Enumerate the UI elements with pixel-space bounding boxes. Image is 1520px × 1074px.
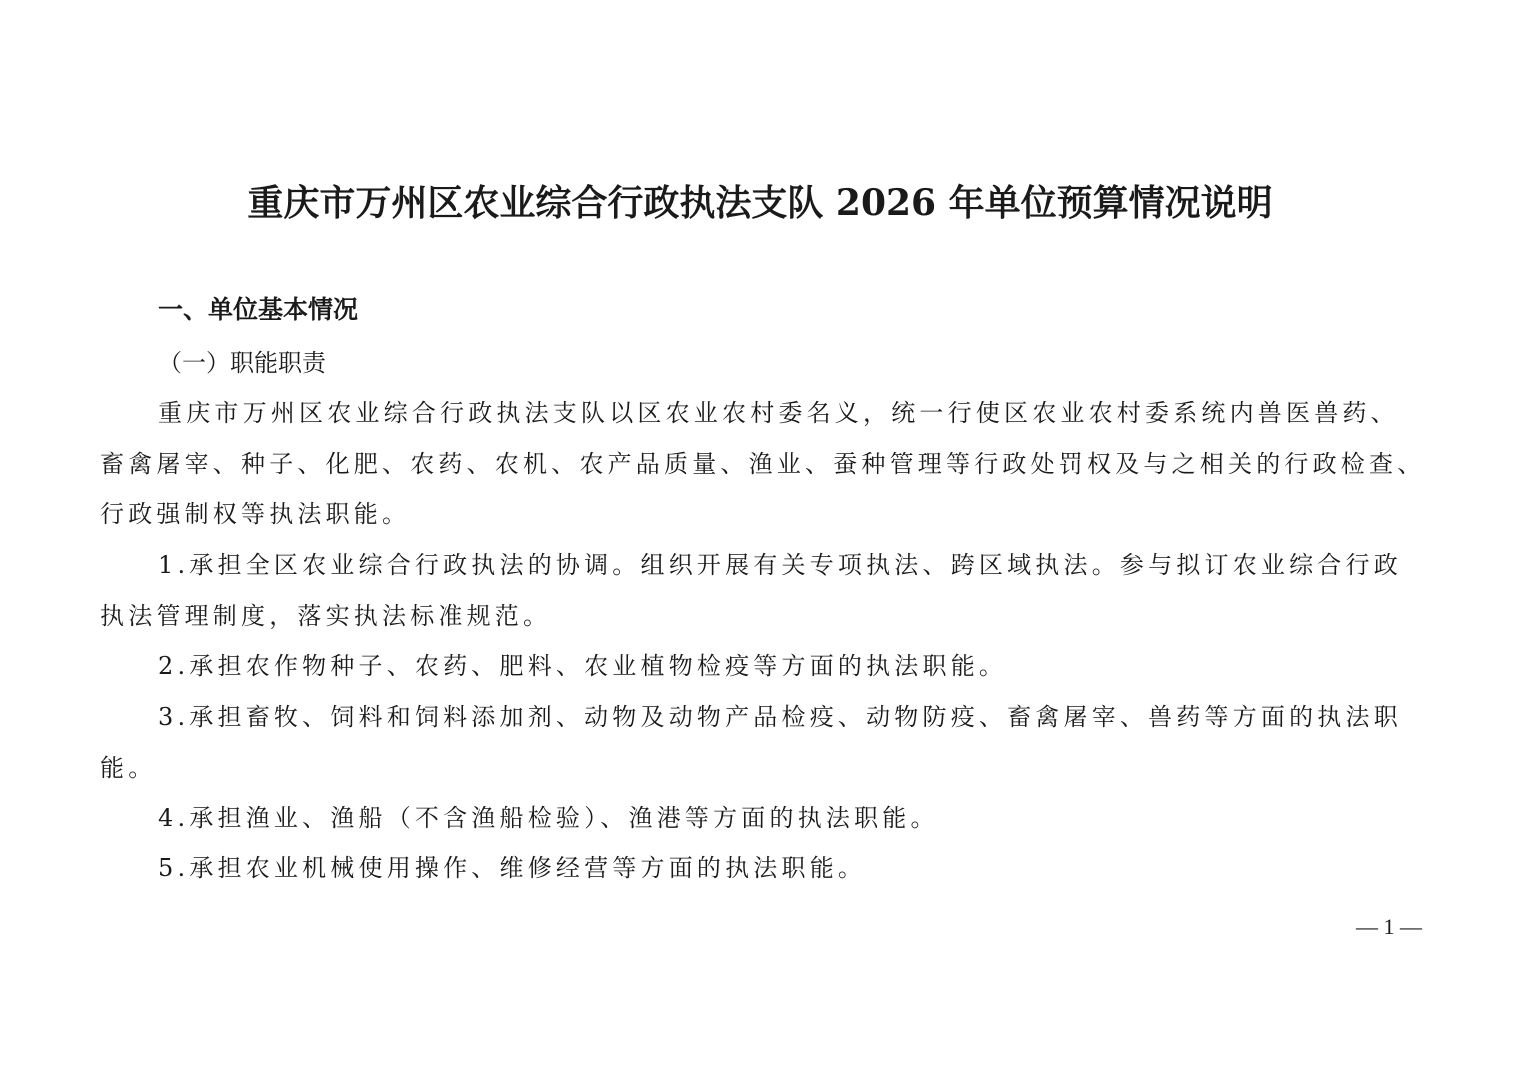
paragraph-line: 4.承担渔业、渔船（不含渔船检验）、渔港等方面的执法职能。 bbox=[100, 793, 1422, 844]
paragraph-line: 能。 bbox=[100, 743, 1422, 794]
subsection-heading: （一）职能职责 bbox=[158, 343, 326, 383]
paragraph-line: 重庆市万州区农业综合行政执法支队以区农业农村委名义，统一行使区农业农村委系统内兽… bbox=[100, 388, 1422, 439]
paragraph-item-2: 2.承担农作物种子、农药、肥料、农业植物检疫等方面的执法职能。 bbox=[100, 641, 1422, 692]
paragraph-line: 3.承担畜牧、饲料和饲料添加剂、动物及动物产品检疫、动物防疫、畜禽屠宰、兽药等方… bbox=[100, 692, 1422, 743]
paragraph-intro: 重庆市万州区农业综合行政执法支队以区农业农村委名义，统一行使区农业农村委系统内兽… bbox=[100, 388, 1422, 540]
paragraph-line: 2.承担农作物种子、农药、肥料、农业植物检疫等方面的执法职能。 bbox=[100, 641, 1422, 692]
paragraph-line: 1.承担全区农业综合行政执法的协调。组织开展有关专项执法、跨区域执法。参与拟订农… bbox=[100, 540, 1422, 591]
paragraph-item-1: 1.承担全区农业综合行政执法的协调。组织开展有关专项执法、跨区域执法。参与拟订农… bbox=[100, 540, 1422, 641]
paragraph-item-5: 5.承担农业机械使用操作、维修经营等方面的执法职能。 bbox=[100, 843, 1422, 894]
paragraph-line: 畜禽屠宰、种子、化肥、农药、农机、农产品质量、渔业、蚕种管理等行政处罚权及与之相… bbox=[100, 439, 1422, 490]
paragraph-line: 5.承担农业机械使用操作、维修经营等方面的执法职能。 bbox=[100, 843, 1422, 894]
paragraph-line: 执法管理制度，落实执法标准规范。 bbox=[100, 591, 1422, 642]
paragraph-line: 行政强制权等执法职能。 bbox=[100, 489, 1422, 540]
paragraph-item-4: 4.承担渔业、渔船（不含渔船检验）、渔港等方面的执法职能。 bbox=[100, 793, 1422, 844]
page-number: — 1 — bbox=[1356, 912, 1422, 942]
document-page: 重庆市万州区农业综合行政执法支队 2026 年单位预算情况说明 一、单位基本情况… bbox=[0, 0, 1520, 1074]
paragraph-item-3: 3.承担畜牧、饲料和饲料添加剂、动物及动物产品检疫、动物防疫、畜禽屠宰、兽药等方… bbox=[100, 692, 1422, 793]
document-title: 重庆市万州区农业综合行政执法支队 2026 年单位预算情况说明 bbox=[0, 178, 1520, 228]
section-heading: 一、单位基本情况 bbox=[158, 290, 358, 330]
